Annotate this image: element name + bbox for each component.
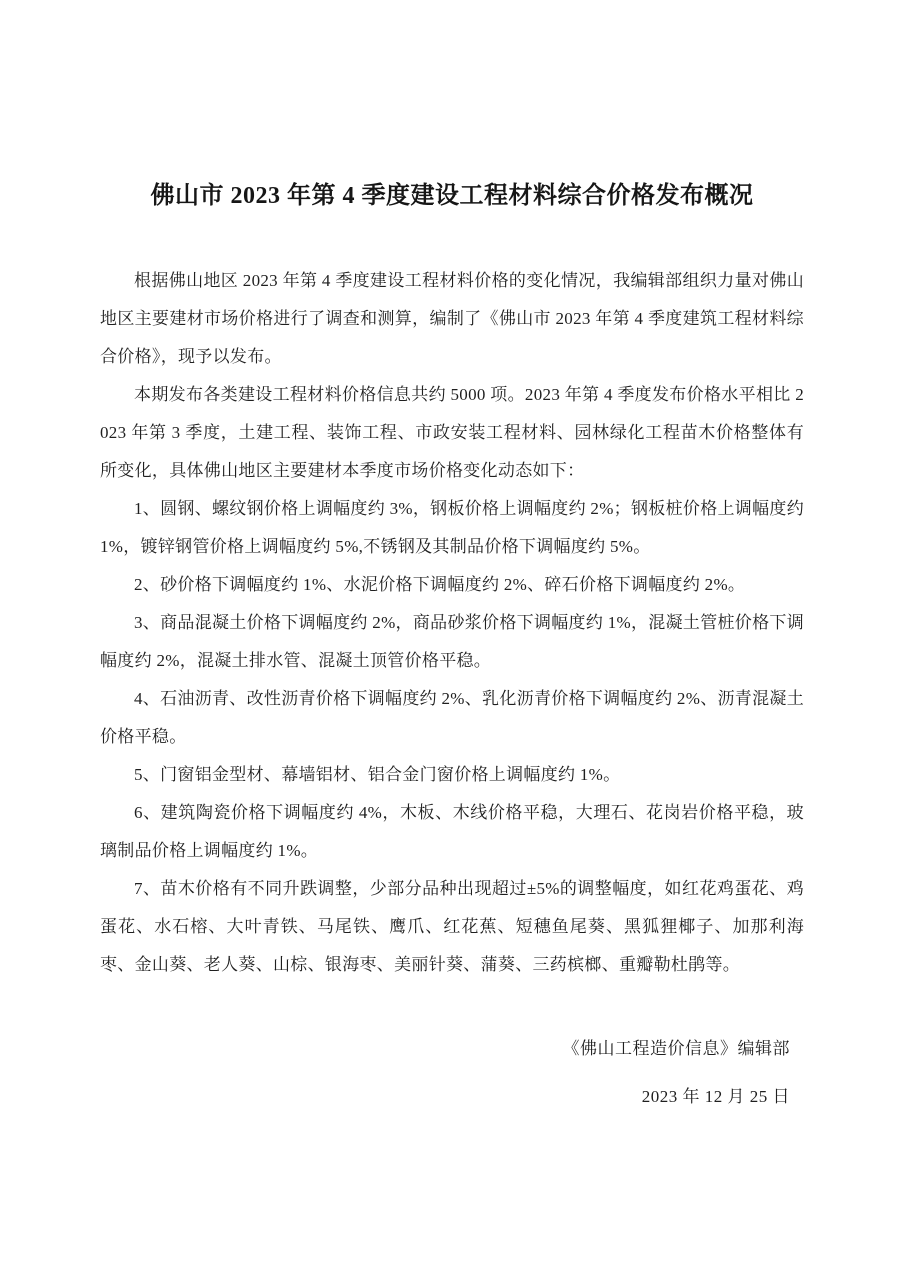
body-paragraph-item-3: 3、商品混凝土价格下调幅度约 2%，商品砂浆价格下调幅度约 1%，混凝土管桩价格…: [100, 604, 804, 680]
body-paragraph-item-6: 6、建筑陶瓷价格下调幅度约 4%，木板、木线价格平稳，大理石、花岗岩价格平稳，玻…: [100, 794, 804, 870]
body-paragraph-item-2: 2、砂价格下调幅度约 1%、水泥价格下调幅度约 2%、碎石价格下调幅度约 2%。: [100, 566, 804, 604]
document-body: 根据佛山地区 2023 年第 4 季度建设工程材料价格的变化情况，我编辑部组织力…: [100, 262, 804, 984]
body-paragraph-item-1: 1、圆钢、螺纹钢价格上调幅度约 3%，钢板价格上调幅度约 2%；钢板桩价格上调幅…: [100, 490, 804, 566]
signature-line: 《佛山工程造价信息》编辑部: [100, 1030, 790, 1068]
body-paragraph-item-5: 5、门窗铝金型材、幕墙铝材、铝合金门窗价格上调幅度约 1%。: [100, 756, 804, 794]
body-paragraph-item-7: 7、苗木价格有不同升跌调整，少部分品种出现超过±5%的调整幅度，如红花鸡蛋花、鸡…: [100, 870, 804, 984]
signature-block: 《佛山工程造价信息》编辑部 2023 年 12 月 25 日: [100, 1030, 804, 1116]
document-content: 佛山市 2023 年第 4 季度建设工程材料综合价格发布概况 根据佛山地区 20…: [100, 180, 804, 1116]
body-paragraph-overview: 本期发布各类建设工程材料价格信息共约 5000 项。2023 年第 4 季度发布…: [100, 376, 804, 490]
date-line: 2023 年 12 月 25 日: [100, 1078, 790, 1116]
document-title: 佛山市 2023 年第 4 季度建设工程材料综合价格发布概况: [100, 180, 804, 212]
body-paragraph-item-4: 4、石油沥青、改性沥青价格下调幅度约 2%、乳化沥青价格下调幅度约 2%、沥青混…: [100, 680, 804, 756]
body-paragraph-intro: 根据佛山地区 2023 年第 4 季度建设工程材料价格的变化情况，我编辑部组织力…: [100, 262, 804, 376]
document-page: 佛山市 2023 年第 4 季度建设工程材料综合价格发布概况 根据佛山地区 20…: [0, 0, 900, 1273]
